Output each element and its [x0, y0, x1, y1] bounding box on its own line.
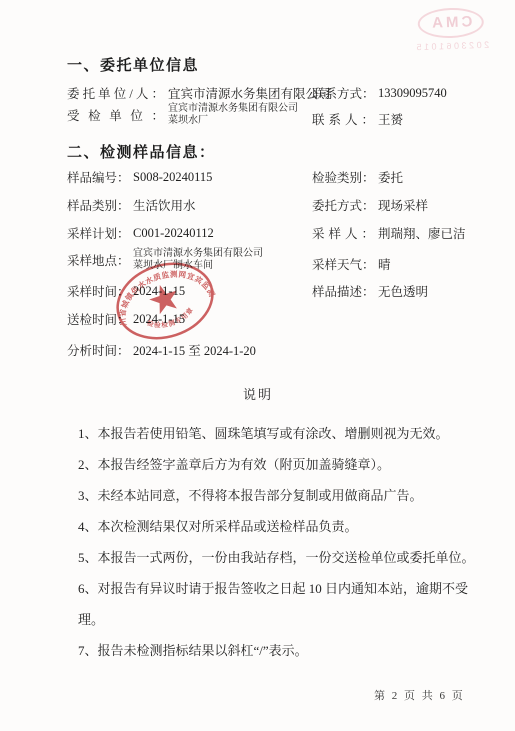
- inspected-unit-label: 受检单位：: [67, 106, 164, 124]
- sampling-site-line1: 宜宾市清源水务集团有限公司: [133, 248, 263, 260]
- commission-mode-group: 委托方式：现场采样: [312, 196, 428, 214]
- sampling-weather-label: 采样天气：: [312, 255, 374, 273]
- cma-oval-logo: CMA: [417, 7, 484, 39]
- sampler-label: 采样人：: [312, 224, 374, 242]
- note-item-7: 7、报告未检测指标结果以斜杠“/”表示。: [78, 635, 480, 666]
- commission-mode-label: 委托方式：: [312, 196, 374, 214]
- row-analysis-time: 分析时间：2024-1-15 至 2024-1-20: [67, 341, 256, 359]
- sampling-site-value: 宜宾市清源水务集团有限公司菜坝水厂制水车间: [133, 248, 263, 271]
- sampling-site-line2: 菜坝水厂制水车间: [133, 260, 263, 272]
- sample-type-label: 样品类别：: [67, 196, 129, 214]
- sampling-time-value: 2024-1-15: [133, 284, 185, 298]
- row-sample-no: 样品编号：S008-20240115 检验类别：委托: [67, 168, 212, 186]
- note-item-1: 1、本报告若使用铅笔、圆珠笔填写或有涂改、增删则视为无效。: [78, 418, 480, 449]
- sample-description-value: 无色透明: [378, 285, 428, 299]
- note-item-5: 5、本报告一式两份，一份由我站存档，一份交送检单位或委托单位。: [78, 542, 480, 573]
- contact-person-value: 王赟: [378, 113, 403, 127]
- sampling-weather-group: 采样天气：晴: [312, 255, 391, 273]
- analysis-time-value: 2024-1-15 至 2024-1-20: [133, 344, 256, 358]
- inspected-unit-line2: 菜坝水厂: [168, 115, 298, 127]
- section1-title: 一、委托单位信息: [67, 54, 199, 75]
- sampler-group: 采样人：荆瑞翔、廖已洁: [312, 224, 466, 242]
- section2-title: 二、检测样品信息：: [67, 141, 216, 162]
- row-inspected-unit: 受检单位：宜宾市清源水务集团有限公司菜坝水厂 联系人：王赟: [67, 103, 298, 126]
- note-item-6: 6、对报告有异议时请于报告签收之日起 10 日内通知本站，逾期不受理。: [78, 573, 480, 635]
- sample-description-label: 样品描述：: [312, 282, 374, 300]
- row-client: 委托单位/人：宜宾市清源水务集团有限公司 联系方式：13309095740: [67, 84, 331, 102]
- test-category-value: 委托: [378, 171, 403, 185]
- commission-mode-value: 现场采样: [378, 199, 428, 213]
- analysis-time-label: 分析时间：: [67, 341, 129, 359]
- contact-person-group: 联系人：王赟: [312, 110, 403, 128]
- sample-no-label: 样品编号：: [67, 168, 129, 186]
- sampling-plan-value: C001-20240112: [133, 226, 214, 240]
- inspected-unit-value: 宜宾市清源水务集团有限公司菜坝水厂: [168, 103, 298, 126]
- sampling-site-label: 采样地点：: [67, 251, 129, 269]
- sampling-plan-label: 采样计划：: [67, 224, 129, 242]
- contact-method-label: 联系方式：: [312, 84, 374, 102]
- cma-certificate-number: 2023061015: [401, 39, 501, 52]
- submission-time-label: 送检时间：: [67, 310, 129, 328]
- note-item-2: 2、本报告经签字盖章后方为有效（附页加盖骑缝章）。: [78, 449, 480, 480]
- contact-person-label: 联系人：: [312, 110, 374, 128]
- row-sample-type: 样品类别：生活饮用水 委托方式：现场采样: [67, 196, 196, 214]
- notes-title: 说明: [57, 386, 459, 404]
- sampling-time-label: 采样时间：: [67, 282, 129, 300]
- test-category-group: 检验类别：委托: [312, 168, 403, 186]
- notes-section: 说明 1、本报告若使用铅笔、圆珠笔填写或有涂改、增删则视为无效。 2、本报告经签…: [78, 386, 480, 666]
- sampling-weather-value: 晴: [378, 258, 391, 272]
- contact-method-group: 联系方式：13309095740: [312, 84, 447, 102]
- sample-description-group: 样品描述：无色透明: [312, 282, 428, 300]
- note-item-3: 3、未经本站同意，不得将本报告部分复制或用做商品广告。: [78, 480, 480, 511]
- page-number: 第 2 页 共 6 页: [374, 687, 464, 703]
- row-submission-time: 送检时间：2024-1-15: [67, 310, 185, 328]
- test-category-label: 检验类别：: [312, 168, 374, 186]
- client-value: 宜宾市清源水务集团有限公司: [168, 87, 331, 101]
- inspected-unit-line1: 宜宾市清源水务集团有限公司: [168, 103, 298, 115]
- report-page: CMA 2023061015 一、委托单位信息 委托单位/人：宜宾市清源水务集团…: [0, 0, 515, 731]
- client-label: 委托单位/人：: [67, 84, 164, 102]
- contact-method-value: 13309095740: [378, 86, 447, 100]
- row-sampling-time: 采样时间：2024-1-15 样品描述：无色透明: [67, 282, 185, 300]
- sampler-value: 荆瑞翔、廖已洁: [378, 227, 466, 241]
- cma-bleedthrough-watermark: CMA 2023061015: [400, 6, 501, 52]
- note-item-4: 4、本次检测结果仅对所采样品或送检样品负责。: [78, 511, 480, 542]
- sample-no-value: S008-20240115: [133, 170, 212, 184]
- row-sampling-site: 采样地点：宜宾市清源水务集团有限公司菜坝水厂制水车间 采样天气：晴: [67, 248, 263, 271]
- submission-time-value: 2024-1-15: [133, 312, 185, 326]
- row-sampling-plan: 采样计划：C001-20240112 采样人：荆瑞翔、廖已洁: [67, 224, 214, 242]
- sample-type-value: 生活饮用水: [133, 199, 196, 213]
